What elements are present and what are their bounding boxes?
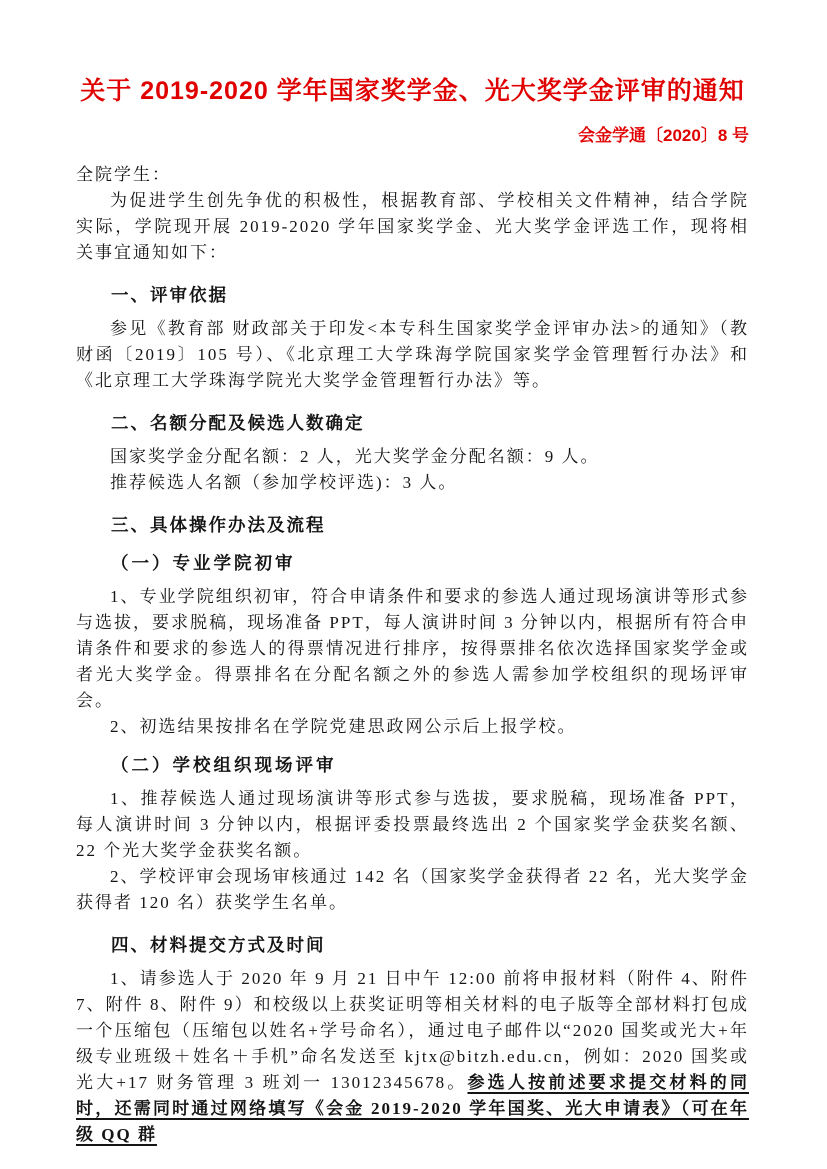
section1-heading: 一、评审依据 [76,282,749,308]
intro-paragraph: 为促进学生创先争优的积极性，根据教育部、学校相关文件精神，结合学院实际，学院现开… [76,188,749,266]
section3-sub2-item2: 2、学校评审会现场审核通过 142 名（国家奖学金获得者 22 名，光大奖学金获… [76,864,749,916]
section3-sub2-item1: 1、推荐候选人通过现场演讲等形式参与选拔，要求脱稿，现场准备 PPT，每人演讲时… [76,786,749,864]
section3-heading: 三、具体操作办法及流程 [76,512,749,538]
salutation: 全院学生： [76,162,749,188]
section2-quota-line1: 国家奖学金分配名额：2 人，光大奖学金分配名额：9 人。 [76,444,749,470]
section4-item1: 1、请参选人于 2020 年 9 月 21 日中午 12:00 前将申报材料（附… [76,966,749,1148]
document-number: 会金学通〔2020〕8 号 [76,124,749,148]
document-page: 关于 2019-2020 学年国家奖学金、光大奖学金评审的通知 会金学通〔202… [0,0,827,1169]
section3-sub1-heading: （一）专业学院初审 [76,550,749,576]
section1-paragraph: 参见《教育部 财政部关于印发<本专科生国家奖学金评审办法>的通知》（教财函〔20… [76,316,749,394]
document-title: 关于 2019-2020 学年国家奖学金、光大奖学金评审的通知 [76,74,749,108]
section3-sub2-heading: （二）学校组织现场评审 [76,752,749,778]
section4-heading: 四、材料提交方式及时间 [76,932,749,958]
section2-quota-line2: 推荐候选人名额（参加学校评选)：3 人。 [76,470,749,496]
section3-sub1-item2: 2、初选结果按排名在学院党建思政网公示后上报学校。 [76,714,749,740]
section2-heading: 二、名额分配及候选人数确定 [76,410,749,436]
document-content: 关于 2019-2020 学年国家奖学金、光大奖学金评审的通知 会金学通〔202… [0,0,827,1148]
section3-sub1-item1: 1、专业学院组织初审，符合申请条件和要求的参选人通过现场演讲等形式参与选拔，要求… [76,584,749,714]
document-body: 全院学生： 为促进学生创先争优的积极性，根据教育部、学校相关文件精神，结合学院实… [76,162,749,1148]
